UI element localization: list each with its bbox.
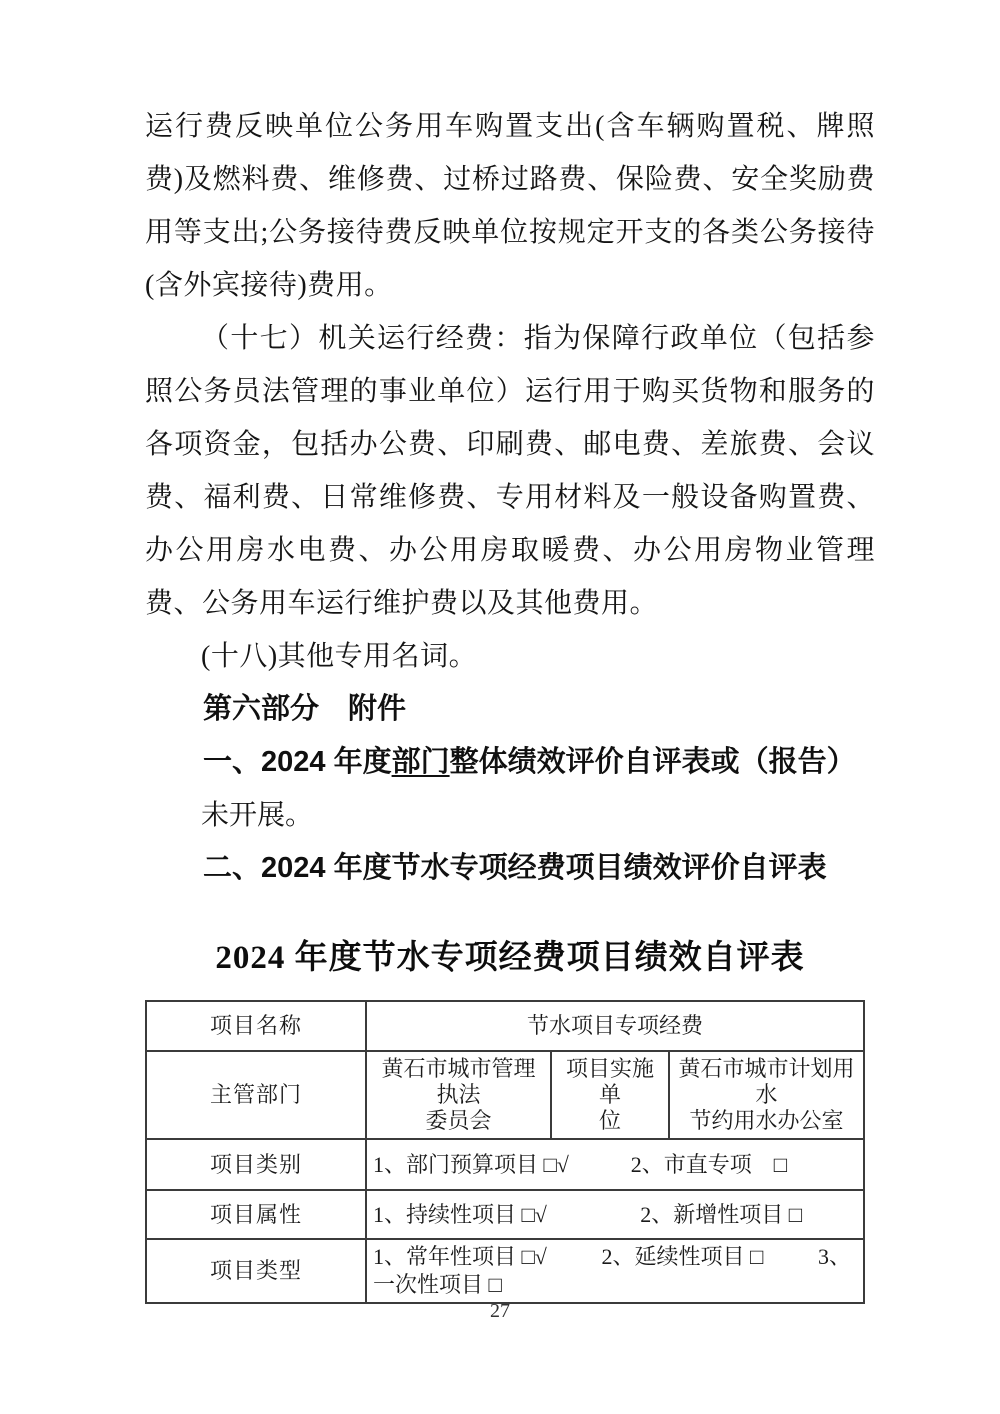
paragraph-item-18: (十八)其他专用名词。 [145, 630, 875, 683]
page-content: 运行费反映单位公务用车购置支出(含车辆购置税、牌照费)及燃料费、维修费、过桥过路… [0, 0, 1000, 1304]
attribute-option-continuous-checkbox: 1、持续性项目 □√ [373, 1202, 547, 1228]
attachment-item-1: 一、2024 年度部门整体绩效评价自评表或（报告） [145, 736, 875, 789]
attribute-option-new-checkbox: 2、新增性项目 □ [640, 1202, 802, 1228]
page-number: 27 [0, 1300, 1000, 1323]
project-category-options: 1、部门预算项目 □√ 2、市直专项 □ [366, 1139, 864, 1190]
project-name-value: 节水项目专项经费 [366, 1001, 864, 1051]
not-carried-out-note: 未开展。 [145, 789, 875, 842]
attachment-item-1-suffix: 整体绩效评价自评表或（报告） [450, 746, 856, 778]
table-title: 2024 年度节水专项经费项目绩效自评表 [145, 931, 875, 978]
category-option-budget-checkbox: 1、部门预算项目 □√ [373, 1152, 569, 1178]
project-attribute-options: 1、持续性项目 □√ 2、新增性项目 □ [366, 1190, 864, 1239]
project-name-label: 项目名称 [146, 1001, 366, 1051]
department-value: 黄石市城市管理执法 委员会 [366, 1051, 551, 1139]
type-option-continuation-checkbox: 2、延续性项目 □ [602, 1244, 764, 1270]
table-row-project-attribute: 项目属性 1、持续性项目 □√ 2、新增性项目 □ [146, 1190, 864, 1239]
project-attribute-label: 项目属性 [146, 1190, 366, 1239]
type-option-3-prefix: 3、 [818, 1244, 851, 1270]
project-type-label: 项目类型 [146, 1239, 366, 1303]
self-evaluation-table: 项目名称 节水项目专项经费 主管部门 黄石市城市管理执法 委员会 项目实施单 位… [145, 1000, 865, 1304]
paragraph-operating-fees: 运行费反映单位公务用车购置支出(含车辆购置税、牌照费)及燃料费、维修费、过桥过路… [145, 100, 875, 312]
attachment-item-1-underlined: 部门 [392, 746, 450, 778]
implementing-unit-value: 黄石市城市计划用水 节约用水办公室 [669, 1051, 864, 1139]
implementing-unit-label: 项目实施单 位 [551, 1051, 669, 1139]
table-row-project-category: 项目类别 1、部门预算项目 □√ 2、市直专项 □ [146, 1139, 864, 1190]
attachment-item-2: 二、2024 年度节水专项经费项目绩效评价自评表 [145, 842, 875, 895]
type-option-one-time-checkbox: 一次性项目 □ [373, 1272, 857, 1298]
table-row-project-name: 项目名称 节水项目专项经费 [146, 1001, 864, 1051]
section-heading-part6: 第六部分 附件 [145, 683, 875, 736]
department-label: 主管部门 [146, 1051, 366, 1139]
project-type-options: 1、常年性项目 □√ 2、延续性项目 □ 3、 一次性项目 □ [366, 1239, 864, 1303]
paragraph-item-17: （十七）机关运行经费：指为保障行政单位（包括参照公务员法管理的事业单位）运行用于… [145, 312, 875, 630]
category-option-municipal-checkbox: 2、市直专项 □ [631, 1152, 787, 1178]
document-page: 运行费反映单位公务用车购置支出(含车辆购置税、牌照费)及燃料费、维修费、过桥过路… [0, 0, 1000, 1414]
project-category-label: 项目类别 [146, 1139, 366, 1190]
table-row-project-type: 项目类型 1、常年性项目 □√ 2、延续性项目 □ 3、 一次性项目 □ [146, 1239, 864, 1303]
attachment-item-1-prefix: 一、2024 年度 [203, 746, 392, 778]
table-row-department: 主管部门 黄石市城市管理执法 委员会 项目实施单 位 黄石市城市计划用水 节约用… [146, 1051, 864, 1139]
type-option-perennial-checkbox: 1、常年性项目 □√ [373, 1244, 547, 1270]
